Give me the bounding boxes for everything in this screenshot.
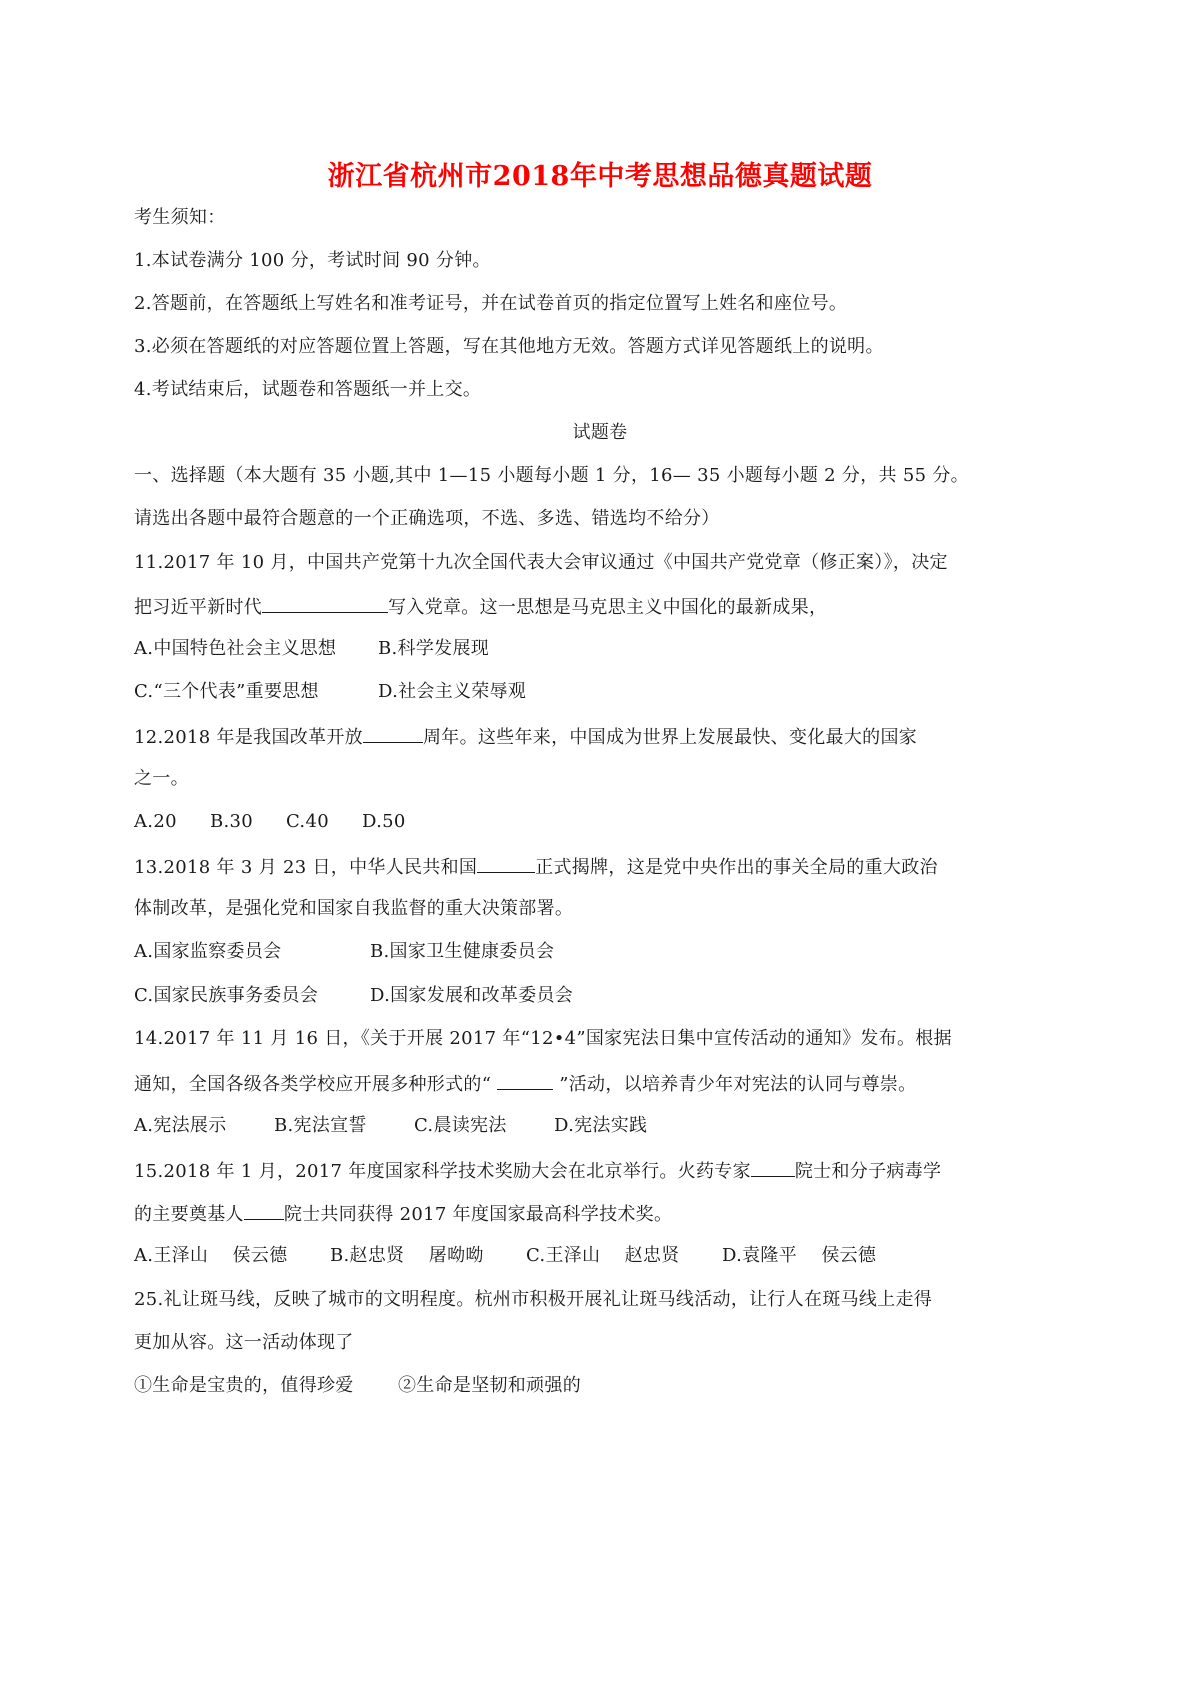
- section-instructions: 请选出各题中最符合题意的一个正确选项，不选、多选、错选均不给分）: [134, 507, 720, 531]
- question-15-text: 院士共同获得 2017 年度国家最高科学技术奖。: [284, 1204, 672, 1225]
- question-15-stem-cont: 的主要奠基人院士共同获得 2017 年度国家最高科学技术奖。: [134, 1201, 672, 1227]
- answer-blank: [244, 1201, 284, 1220]
- option-b: B.赵忠贤 屠呦呦: [330, 1244, 526, 1268]
- option-b: B.30: [210, 810, 286, 834]
- question-14-options-row: A.宪法展示B.宪法宣誓C.晨读宪法D.宪法实践: [134, 1114, 647, 1138]
- option-c: C.晨读宪法: [414, 1114, 554, 1138]
- question-15-text: 的主要奠基人: [134, 1204, 244, 1225]
- option-d: D.宪法实践: [554, 1114, 647, 1138]
- question-14-text: ”活动，以培养青少年对宪法的认同与尊崇。: [553, 1074, 916, 1095]
- question-13-options-row: A.国家监察委员会B.国家卫生健康委员会: [134, 940, 554, 964]
- notice-item: 3.必须在答题纸的对应答题位置上答题，写在其他地方无效。答题方式详见答题纸上的说…: [134, 335, 884, 359]
- question-12-stem: 12.2018 年是我国改革开放周年。这些年来，中国成为世界上发展最快、变化最大…: [134, 724, 917, 750]
- answer-blank: [477, 854, 535, 873]
- section-label: 试题卷: [0, 421, 1200, 445]
- question-25-stem: 25.礼让斑马线，反映了城市的文明程度。杭州市积极开展礼让斑马线活动，让行人在斑…: [134, 1288, 932, 1312]
- option-a: A.中国特色社会主义思想: [134, 637, 378, 661]
- question-15-stem: 15.2018 年 1 月，2017 年度国家科学技术奖励大会在北京举行。火药专…: [134, 1158, 941, 1184]
- option-c: C.40: [286, 810, 362, 834]
- question-14-text: 通知，全国各级各类学校应开展多种形式的“: [134, 1074, 497, 1095]
- option-d: D.社会主义荣辱观: [378, 680, 526, 704]
- option-b: B.宪法宣誓: [274, 1114, 414, 1138]
- question-14-stem-cont: 通知，全国各级各类学校应开展多种形式的“ ”活动，以培养青少年对宪法的认同与尊崇…: [134, 1071, 916, 1097]
- statement-2: ②生命是坚韧和顽强的: [398, 1374, 581, 1398]
- option-b: B.国家卫生健康委员会: [370, 940, 554, 964]
- question-13-text: 正式揭牌，这是党中央作出的事关全局的重大政治: [535, 857, 938, 878]
- answer-blank: [262, 594, 388, 613]
- answer-blank: [751, 1158, 795, 1177]
- question-15-text: 15.2018 年 1 月，2017 年度国家科学技术奖励大会在北京举行。火药专…: [134, 1161, 751, 1182]
- option-c: C.国家民族事务委员会: [134, 984, 370, 1008]
- option-c: C.王泽山 赵忠贤: [526, 1244, 722, 1268]
- question-11-options-row: C.“三个代表”重要思想D.社会主义荣辱观: [134, 680, 526, 704]
- question-15-options-row: A.王泽山 侯云德B.赵忠贤 屠呦呦C.王泽山 赵忠贤D.袁隆平 侯云德: [134, 1244, 876, 1268]
- question-25-statements-row: ①生命是宝贵的，值得珍爱②生命是坚韧和顽强的: [134, 1374, 581, 1398]
- option-a: A.20: [134, 810, 210, 834]
- option-a: A.宪法展示: [134, 1114, 274, 1138]
- question-12-options-row: A.20B.30C.40D.50: [134, 810, 406, 834]
- option-d: D.国家发展和改革委员会: [370, 984, 573, 1008]
- question-15-text: 院士和分子病毒学: [795, 1161, 941, 1182]
- answer-blank: [363, 724, 423, 743]
- question-11-stem: 11.2017 年 10 月，中国共产党第十九次全国代表大会审议通过《中国共产党…: [134, 551, 948, 575]
- question-14-stem: 14.2017 年 11 月 16 日，《关于开展 2017 年“12•4”国家…: [134, 1027, 952, 1051]
- question-12-stem-cont: 之一。: [134, 767, 189, 791]
- section-instructions: 一、选择题（本大题有 35 小题,其中 1—15 小题每小题 1 分，16— 3…: [134, 464, 969, 488]
- notice-item: 2.答题前，在答题纸上写姓名和准考证号，并在试卷首页的指定位置写上姓名和座位号。: [134, 292, 847, 316]
- question-13-options-row: C.国家民族事务委员会D.国家发展和改革委员会: [134, 984, 573, 1008]
- option-d: D.50: [362, 810, 406, 834]
- question-11-stem-cont: 把习近平新时代写入党章。这一思想是马克思主义中国化的最新成果，: [134, 594, 827, 620]
- answer-blank: [497, 1071, 553, 1090]
- question-11-text: 把习近平新时代: [134, 597, 262, 618]
- question-13-stem-cont: 体制改革，是强化党和国家自我监督的重大决策部署。: [134, 897, 573, 921]
- option-a: A.王泽山 侯云德: [134, 1244, 330, 1268]
- document-title: 浙江省杭州市2018年中考思想品德真题试题: [0, 154, 1200, 193]
- exam-page: 浙江省杭州市2018年中考思想品德真题试题 考生须知： 1.本试卷满分 100 …: [0, 0, 1200, 1698]
- question-13-text: 13.2018 年 3 月 23 日，中华人民共和国: [134, 857, 477, 878]
- notice-item: 4.考试结束后，试题卷和答题纸一并上交。: [134, 378, 481, 402]
- question-12-text: 12.2018 年是我国改革开放: [134, 727, 363, 748]
- notice-heading: 考生须知：: [134, 206, 226, 230]
- option-c: C.“三个代表”重要思想: [134, 680, 378, 704]
- question-11-options-row: A.中国特色社会主义思想B.科学发展现: [134, 637, 489, 661]
- question-25-stem-cont: 更加从容。这一活动体现了: [134, 1331, 354, 1355]
- statement-1: ①生命是宝贵的，值得珍爱: [134, 1374, 398, 1398]
- option-a: A.国家监察委员会: [134, 940, 370, 964]
- question-11-text: 写入党章。这一思想是马克思主义中国化的最新成果，: [388, 597, 827, 618]
- notice-item: 1.本试卷满分 100 分，考试时间 90 分钟。: [134, 249, 491, 273]
- option-d: D.袁隆平 侯云德: [722, 1244, 876, 1268]
- question-12-text: 周年。这些年来，中国成为世界上发展最快、变化最大的国家: [423, 727, 917, 748]
- option-b: B.科学发展现: [378, 637, 489, 661]
- question-13-stem: 13.2018 年 3 月 23 日，中华人民共和国正式揭牌，这是党中央作出的事…: [134, 854, 938, 880]
